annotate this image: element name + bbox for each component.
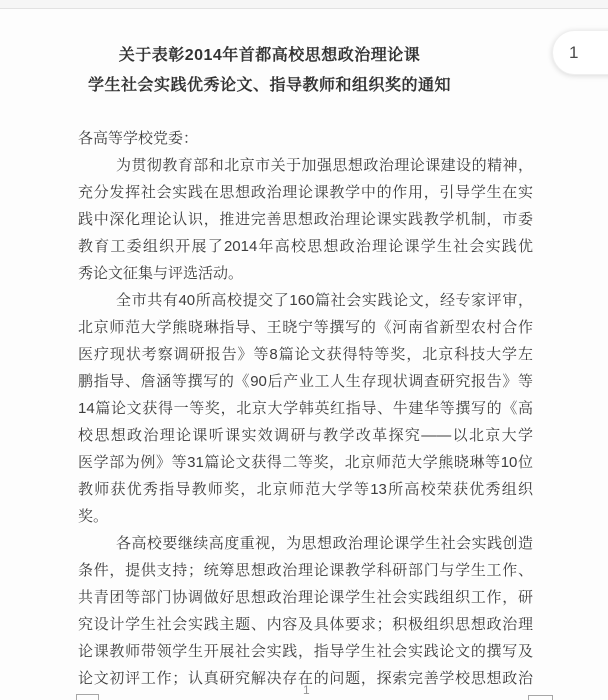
text-line: 校思想政治理论课听课实效调研与教学改革探究——以北京大学 xyxy=(78,422,533,449)
title-line-2: 学生社会实践优秀论文、指导教师和组织奖的通知 xyxy=(42,71,497,101)
text-line: 为贯彻教育部和北京市关于加强思想政治理论课建设的精神， xyxy=(78,152,533,179)
text-line: 践中深化理论认识，推进完善思想政治理论课实践教学机制，市委 xyxy=(78,206,533,233)
text-line: 秀论文征集与评选活动。 xyxy=(78,260,533,287)
text-line: 北京师范大学熊晓琳指导、王晓宁等撰写的《河南省新型农村合作 xyxy=(78,314,533,341)
text-line: 教育工委组织开展了2014年高校思想政治理论课学生社会实践优 xyxy=(78,233,533,260)
text-line: 共青团等部门协调做好思想政治理论课学生社会实践组织工作，研 xyxy=(78,584,533,611)
text-line: 医疗现状考察调研报告》等8篇论文获得特等奖，北京科技大学左 xyxy=(78,341,533,368)
text-line-salutation: 各高等学校党委： xyxy=(78,125,533,152)
document-title: 关于表彰2014年首都高校思想政治理论课 学生社会实践优秀论文、指导教师和组织奖… xyxy=(42,41,497,101)
text-line: 充分发挥社会实践在思想政治理论课教学中的作用，引导学生在实 xyxy=(78,179,533,206)
text-line: 全市共有40所高校提交了160篇社会实践论文，经专家评审， xyxy=(78,287,533,314)
scan-artifact-right xyxy=(528,695,553,700)
text-line: 究设计学生社会实践主题、内容及具体要求；积极组织思想政治理 xyxy=(78,611,533,638)
text-line: 论课教师带领学生开展社会实践，指导学生社会实践论文的撰写及 xyxy=(78,638,533,665)
text-line: 医学部为例》等31篇论文获得二等奖，北京师范大学熊晓琳等10位 xyxy=(78,449,533,476)
footer-page-number: 1 xyxy=(303,683,310,697)
document-page: 关于表彰2014年首都高校思想政治理论课 学生社会实践优秀论文、指导教师和组织奖… xyxy=(0,9,608,700)
text-line: 各高校要继续高度重视，为思想政治理论课学生社会实践创造 xyxy=(78,530,533,557)
text-line: 教师获优秀指导教师奖，北京师范大学等13所高校荣获优秀组织 xyxy=(78,476,533,503)
document-content: 关于表彰2014年首都高校思想政治理论课 学生社会实践优秀论文、指导教师和组织奖… xyxy=(78,9,533,692)
text-line: 条件，提供支持；统筹思想政治理论课教学科研部门与学生工作、 xyxy=(78,557,533,584)
document-body: 各高等学校党委： 为贯彻教育部和北京市关于加强思想政治理论课建设的精神， 充分发… xyxy=(78,125,533,692)
page-number-badge-label: 1 xyxy=(569,43,578,63)
text-line: 14篇论文获得一等奖，北京大学韩英红指导、牛建华等撰写的《高 xyxy=(78,395,533,422)
text-line: 奖。 xyxy=(78,503,533,530)
scan-artifact-left xyxy=(76,694,99,700)
page-number-badge[interactable]: 1 xyxy=(552,30,608,75)
title-line-1: 关于表彰2014年首都高校思想政治理论课 xyxy=(42,41,497,71)
top-divider xyxy=(0,0,608,9)
text-line: 鹏指导、詹涵等撰写的《90后产业工人生存现状调查研究报告》等 xyxy=(78,368,533,395)
